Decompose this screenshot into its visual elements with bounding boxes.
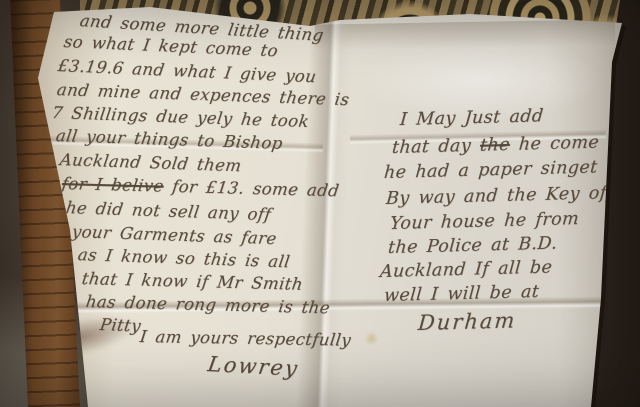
line-text: Your house he from	[389, 209, 580, 234]
line-text: your Garments as fare	[71, 222, 278, 248]
handwriting-line: Pitty	[99, 315, 143, 335]
line-text: I am yours respectfully	[139, 327, 352, 350]
handwriting-line: he had a paper singet	[383, 157, 598, 183]
line-text: I May Just add	[399, 106, 544, 130]
handwriting-line: that I know if Mr Smith	[81, 269, 304, 294]
line-text: as I know so this is all	[77, 245, 292, 271]
line-text: Auckland If all be	[379, 257, 553, 282]
handwriting-line: I May Just add	[399, 106, 544, 130]
line-text: By way and the Key off	[385, 183, 614, 209]
handwriting-line: well I will be at	[383, 282, 540, 306]
handwriting-line: he did not sell any off	[65, 198, 273, 224]
line-text: he did not sell any off	[65, 198, 273, 224]
handwriting-line: Auckland If all be	[379, 257, 553, 282]
handwriting-line: Auckland Sold them	[59, 150, 243, 175]
handwriting-line: Your house he from	[389, 209, 580, 234]
handwriting-line: all your things to Bishop	[55, 126, 284, 153]
signature-text: Lowrey	[206, 352, 301, 381]
handwriting-line-with-correction: for I belive for £13. some add	[61, 174, 341, 200]
line-text: that I know if Mr Smith	[81, 269, 304, 294]
line-text: for £13. some add	[162, 177, 340, 201]
paper-top-shading	[315, 19, 615, 50]
handwriting-line: By way and the Key off	[385, 183, 614, 209]
line-text: Pitty	[99, 315, 143, 335]
handwriting-line: the Police at B.D.	[387, 234, 558, 258]
signature-lowrey: Lowrey	[206, 352, 301, 381]
handwriting-line: as I know so this is all	[77, 245, 292, 271]
struck-text: the	[479, 135, 510, 156]
line-text: all your things to Bishop	[55, 126, 284, 153]
letter-photograph: and some more little thing so what I kep…	[0, 0, 640, 407]
handwriting-line: your Garments as fare	[71, 222, 278, 248]
line-text: he come	[509, 133, 600, 155]
line-text: well I will be at	[383, 282, 540, 306]
line-text: the Police at B.D.	[387, 234, 558, 258]
line-text: Auckland Sold them	[59, 150, 243, 175]
line-text: that day	[391, 136, 481, 158]
signature-durham: Durham	[417, 308, 517, 335]
struck-text: for I belive	[61, 174, 165, 196]
signature-text: Durham	[417, 308, 517, 335]
closing-line: I am yours respectfully	[139, 327, 352, 350]
handwriting-line-with-correction: that day the he come	[391, 133, 600, 158]
letter-paper: and some more little thing so what I kep…	[0, 0, 640, 407]
line-text: he had a paper singet	[383, 157, 598, 183]
foxing-spot	[364, 332, 379, 345]
